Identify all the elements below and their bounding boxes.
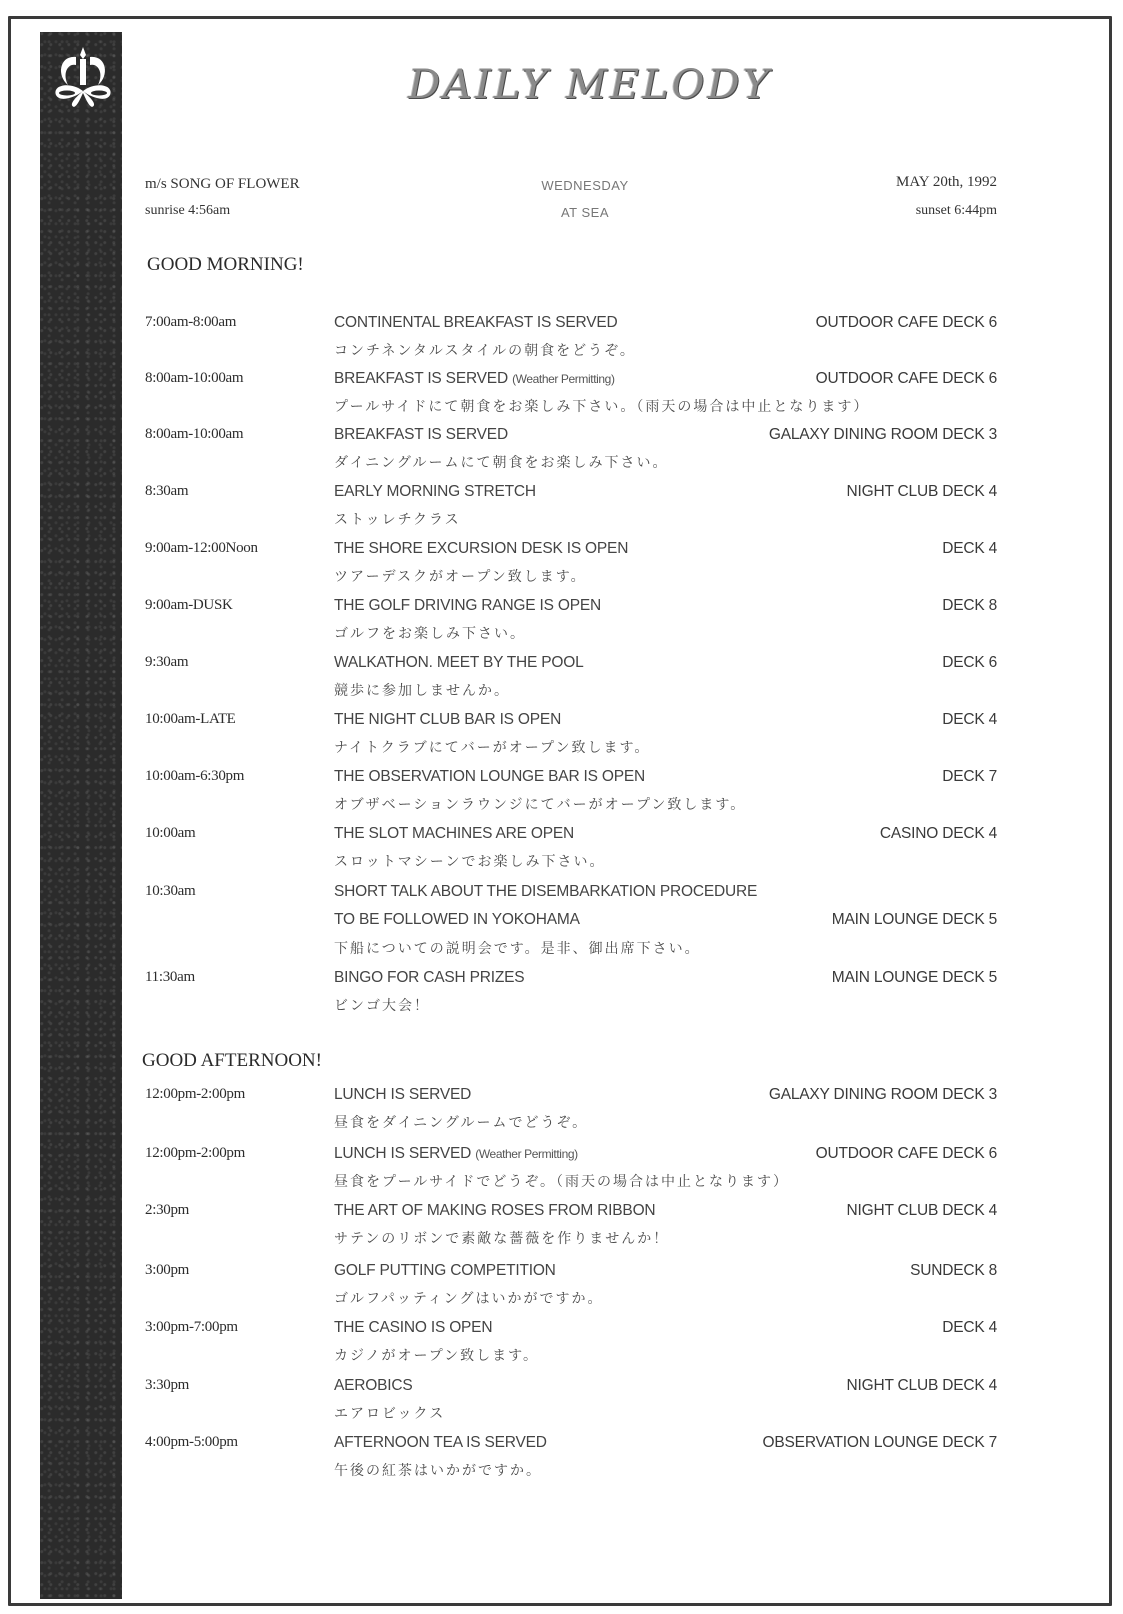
schedule-row: 3:00pm GOLF PUTTING COMPETITION SUNDECK … <box>0 1262 1123 1318</box>
event-location: NIGHT CLUB DECK 4 <box>847 1202 998 1220</box>
event-title: SHORT TALK ABOUT THE DISEMBARKATION PROC… <box>334 883 757 901</box>
schedule-row: 9:00am-12:00Noon THE SHORE EXCURSION DES… <box>0 540 1123 596</box>
event-japanese: 午後の紅茶はいかがですか。 <box>334 1460 542 1480</box>
event-title: THE SLOT MACHINES ARE OPEN <box>334 825 574 843</box>
event-title: AEROBICS <box>334 1377 413 1395</box>
sunset-time: sunset 6:44pm <box>916 203 997 219</box>
sunrise-time: sunrise 4:56am <box>145 203 230 219</box>
event-japanese: プールサイドにて朝食をお楽しみ下さい。（雨天の場合は中止となります） <box>334 396 869 416</box>
event-time: 10:00am-LATE <box>145 711 236 728</box>
event-location: OBSERVATION LOUNGE DECK 7 <box>763 1434 997 1452</box>
event-japanese: 昼食をダイニングルームでどうぞ。 <box>334 1112 588 1132</box>
schedule-row: 7:00am-8:00am CONTINENTAL BREAKFAST IS S… <box>0 314 1123 370</box>
event-title: GOLF PUTTING COMPETITION <box>334 1262 556 1280</box>
event-time: 12:00pm-2:00pm <box>145 1086 245 1103</box>
event-japanese: ビンゴ大会！ <box>334 995 430 1015</box>
event-time: 3:00pm-7:00pm <box>145 1319 238 1336</box>
event-japanese: コンチネンタルスタイルの朝食をどうぞ。 <box>334 340 636 360</box>
event-time: 12:00pm-2:00pm <box>145 1145 245 1162</box>
ship-location: AT SEA <box>480 205 690 220</box>
event-time: 2:30pm <box>145 1202 189 1219</box>
lotus-bow-logo-icon <box>50 45 116 115</box>
schedule-row: 9:30am WALKATHON. MEET BY THE POOL DECK … <box>0 654 1123 710</box>
schedule-row: 2:30pm THE ART OF MAKING ROSES FROM RIBB… <box>0 1202 1123 1258</box>
event-time: 8:00am-10:00am <box>145 370 243 387</box>
event-location: DECK 4 <box>942 1319 997 1337</box>
event-title: BREAKFAST IS SERVED <box>334 426 508 444</box>
event-japanese: カジノがオープン致します。 <box>334 1345 539 1365</box>
event-location: OUTDOOR CAFE DECK 6 <box>816 314 997 332</box>
event-title: THE ART OF MAKING ROSES FROM RIBBON <box>334 1202 655 1220</box>
event-time: 3:00pm <box>145 1262 189 1279</box>
event-time: 10:00am <box>145 825 195 842</box>
event-location: SUNDECK 8 <box>910 1262 997 1280</box>
event-japanese: ストッレチクラス <box>334 509 461 529</box>
event-japanese: オブザベーションラウンジにてバーがオープン致します。 <box>334 794 746 814</box>
page-title: DAILY MELODY <box>380 62 800 108</box>
schedule-row: 10:00am-LATE THE NIGHT CLUB BAR IS OPEN … <box>0 711 1123 767</box>
schedule-row: 12:00pm-2:00pm LUNCH IS SERVED (Weather … <box>0 1145 1123 1201</box>
event-time: 7:00am-8:00am <box>145 314 236 331</box>
event-location: GALAXY DINING ROOM DECK 3 <box>769 426 997 444</box>
schedule-row: 10:00am THE SLOT MACHINES ARE OPEN CASIN… <box>0 825 1123 881</box>
ship-name: m/s SONG OF FLOWER <box>145 176 300 193</box>
date: MAY 20th, 1992 <box>896 174 997 191</box>
schedule-row: 10:00am-6:30pm THE OBSERVATION LOUNGE BA… <box>0 768 1123 824</box>
event-location: OUTDOOR CAFE DECK 6 <box>816 1145 997 1163</box>
event-title: CONTINENTAL BREAKFAST IS SERVED <box>334 314 618 332</box>
event-location: MAIN LOUNGE DECK 5 <box>832 969 997 987</box>
event-time: 8:00am-10:00am <box>145 426 243 443</box>
event-title: THE OBSERVATION LOUNGE BAR IS OPEN <box>334 768 645 786</box>
schedule-row: 4:00pm-5:00pm AFTERNOON TEA IS SERVED OB… <box>0 1434 1123 1490</box>
event-title: WALKATHON. MEET BY THE POOL <box>334 654 584 672</box>
event-time: 9:30am <box>145 654 188 671</box>
event-location: DECK 7 <box>942 768 997 786</box>
event-time: 11:30am <box>145 969 195 986</box>
schedule-row: 3:30pm AEROBICS NIGHT CLUB DECK 4 エアロビック… <box>0 1377 1123 1433</box>
event-location: DECK 6 <box>942 654 997 672</box>
event-title: THE NIGHT CLUB BAR IS OPEN <box>334 711 561 729</box>
event-location: OUTDOOR CAFE DECK 6 <box>816 370 997 388</box>
event-title: BINGO FOR CASH PRIZES <box>334 969 524 987</box>
event-title: THE CASINO IS OPEN <box>334 1319 492 1337</box>
schedule-row: 8:30am EARLY MORNING STRETCH NIGHT CLUB … <box>0 483 1123 539</box>
schedule-row: 9:00am-DUSK THE GOLF DRIVING RANGE IS OP… <box>0 597 1123 653</box>
schedule-row: 8:00am-10:00am BREAKFAST IS SERVED (Weat… <box>0 370 1123 426</box>
event-japanese: ゴルフパッティングはいかがですか。 <box>334 1288 603 1308</box>
event-japanese: ダイニングルームにて朝食をお楽しみ下さい。 <box>334 452 668 472</box>
schedule-row: 12:00pm-2:00pm LUNCH IS SERVED GALAXY DI… <box>0 1086 1123 1142</box>
schedule-row: 3:00pm-7:00pm THE CASINO IS OPEN DECK 4 … <box>0 1319 1123 1375</box>
event-time: 8:30am <box>145 483 188 500</box>
section-heading-morning: GOOD MORNING! <box>147 254 304 276</box>
event-japanese: 競歩に参加しませんか。 <box>334 680 510 700</box>
event-location: DECK 8 <box>942 597 997 615</box>
event-time: 9:00am-12:00Noon <box>145 540 258 557</box>
event-japanese: ナイトクラブにてバーがオープン致します。 <box>334 737 650 757</box>
event-title-line2: TO BE FOLLOWED IN YOKOHAMA <box>334 911 580 929</box>
section-heading-afternoon: GOOD AFTERNOON! <box>142 1050 322 1072</box>
event-japanese: ゴルフをお楽しみ下さい。 <box>334 623 526 643</box>
event-title: THE SHORE EXCURSION DESK IS OPEN <box>334 540 628 558</box>
schedule-row: 10:30am SHORT TALK ABOUT THE DISEMBARKAT… <box>0 883 1123 967</box>
event-title: LUNCH IS SERVED (Weather Permitting) <box>334 1145 578 1163</box>
event-title: AFTERNOON TEA IS SERVED <box>334 1434 547 1452</box>
event-japanese: 下船についての説明会です。是非、御出席下さい。 <box>334 938 701 958</box>
event-location: MAIN LOUNGE DECK 5 <box>832 911 997 929</box>
event-time: 10:30am <box>145 883 195 900</box>
event-location: NIGHT CLUB DECK 4 <box>847 1377 998 1395</box>
event-time: 9:00am-DUSK <box>145 597 233 614</box>
event-time: 10:00am-6:30pm <box>145 768 244 785</box>
event-japanese: スロットマシーンでお楽しみ下さい。 <box>334 851 605 871</box>
event-location: CASINO DECK 4 <box>880 825 997 843</box>
event-title: LUNCH IS SERVED <box>334 1086 471 1104</box>
event-location: DECK 4 <box>942 711 997 729</box>
schedule-row: 8:00am-10:00am BREAKFAST IS SERVED GALAX… <box>0 426 1123 482</box>
event-time: 3:30pm <box>145 1377 189 1394</box>
event-japanese: エアロビックス <box>334 1403 445 1423</box>
schedule-row: 11:30am BINGO FOR CASH PRIZES MAIN LOUNG… <box>0 969 1123 1025</box>
event-title: BREAKFAST IS SERVED (Weather Permitting) <box>334 370 615 388</box>
event-time: 4:00pm-5:00pm <box>145 1434 238 1451</box>
event-japanese: 昼食をプールサイドでどうぞ。（雨天の場合は中止となります） <box>334 1171 789 1191</box>
event-location: DECK 4 <box>942 540 997 558</box>
event-title: THE GOLF DRIVING RANGE IS OPEN <box>334 597 601 615</box>
weekday: WEDNESDAY <box>480 178 690 193</box>
event-location: GALAXY DINING ROOM DECK 3 <box>769 1086 997 1104</box>
event-japanese: ツアーデスクがオープン致します。 <box>334 566 587 586</box>
event-japanese: サテンのリボンで素敵な薔薇を作りませんか！ <box>334 1228 669 1248</box>
event-location: NIGHT CLUB DECK 4 <box>847 483 998 501</box>
event-title: EARLY MORNING STRETCH <box>334 483 536 501</box>
